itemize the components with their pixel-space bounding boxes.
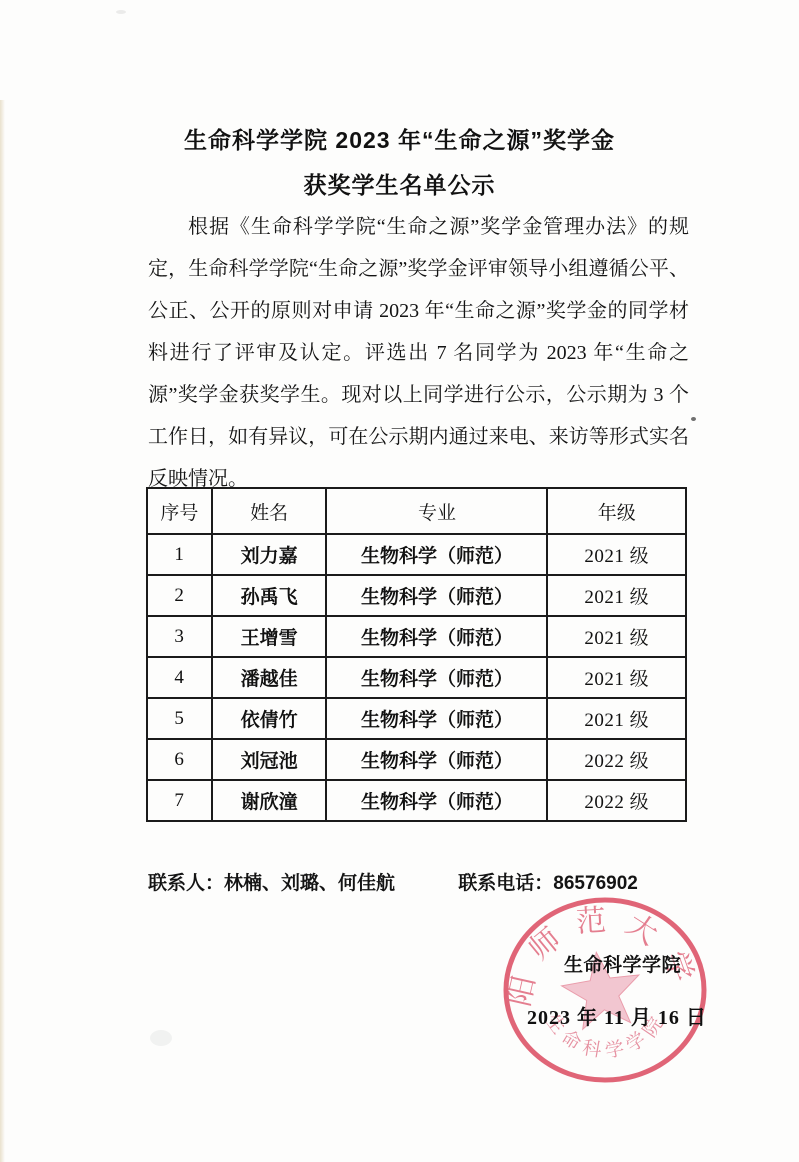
cell-name: 刘力嘉: [212, 534, 327, 575]
cell-seq: 4: [147, 657, 212, 698]
contact-line: 联系人：林楠、刘璐、何佳航 联系电话：86576902: [148, 868, 708, 895]
cell-seq: 2: [147, 575, 212, 616]
table-row: 2 孙禹飞 生物科学（师范） 2021 级: [147, 575, 686, 616]
cell-name: 刘冠池: [212, 739, 327, 780]
cell-name: 依倩竹: [212, 698, 327, 739]
table-row: 7 谢欣潼 生物科学（师范） 2022 级: [147, 780, 686, 821]
cell-major: 生物科学（师范）: [326, 616, 547, 657]
cell-major: 生物科学（师范）: [326, 739, 547, 780]
cell-seq: 6: [147, 739, 212, 780]
contact-phone: 联系电话：86576902: [458, 873, 638, 894]
scan-speck: [150, 1030, 172, 1046]
cell-seq: 5: [147, 698, 212, 739]
col-header-seq: 序号: [147, 488, 212, 534]
signature-organization: 生命科学学院: [564, 950, 681, 977]
cell-grade: 2021 级: [547, 575, 686, 616]
cell-seq: 3: [147, 616, 212, 657]
cell-name: 王增雪: [212, 616, 327, 657]
cell-name: 潘越佳: [212, 657, 327, 698]
cell-seq: 1: [147, 534, 212, 575]
table-header-row: 序号 姓名 专业 年级: [147, 488, 686, 534]
cell-grade: 2022 级: [547, 739, 686, 780]
cell-grade: 2021 级: [547, 657, 686, 698]
announcement-paragraph: 根据《生命科学学院“生命之源”奖学金管理办法》的规定，生命科学学院“生命之源”奖…: [148, 206, 689, 500]
cell-grade: 2021 级: [547, 616, 686, 657]
cell-major: 生物科学（师范）: [326, 657, 547, 698]
document-title-line1: 生命科学学院 2023 年“生命之源”奖学金: [0, 122, 799, 155]
cell-name: 谢欣潼: [212, 780, 327, 821]
scanned-document-page: 生命科学学院 2023 年“生命之源”奖学金 获奖学生名单公示 根据《生命科学学…: [0, 0, 799, 1162]
scan-speck: [116, 10, 126, 14]
table-row: 4 潘越佳 生物科学（师范） 2021 级: [147, 657, 686, 698]
scan-edge-artifact: [0, 100, 5, 1162]
cell-grade: 2022 级: [547, 780, 686, 821]
cell-name: 孙禹飞: [212, 575, 327, 616]
cell-grade: 2021 级: [547, 698, 686, 739]
cell-major: 生物科学（师范）: [326, 780, 547, 821]
table-row: 5 依倩竹 生物科学（师范） 2021 级: [147, 698, 686, 739]
col-header-major: 专业: [326, 488, 547, 534]
cell-major: 生物科学（师范）: [326, 575, 547, 616]
contact-persons: 联系人：林楠、刘璐、何佳航: [148, 873, 395, 894]
cell-grade: 2021 级: [547, 534, 686, 575]
table-row: 1 刘力嘉 生物科学（师范） 2021 级: [147, 534, 686, 575]
cell-major: 生物科学（师范）: [326, 534, 547, 575]
col-header-name: 姓名: [212, 488, 327, 534]
cell-major: 生物科学（师范）: [326, 698, 547, 739]
table-row: 6 刘冠池 生物科学（师范） 2022 级: [147, 739, 686, 780]
scan-speck: [691, 417, 696, 421]
cell-seq: 7: [147, 780, 212, 821]
col-header-grade: 年级: [547, 488, 686, 534]
awardees-table: 序号 姓名 专业 年级 1 刘力嘉 生物科学（师范） 2021 级 2 孙禹飞 …: [146, 487, 687, 822]
official-seal: 阳师范大学 生命科学学院: [501, 896, 709, 1086]
signature-date: 2023 年 11 月 16 日: [527, 1001, 707, 1030]
document-title-line2: 获奖学生名单公示: [0, 167, 799, 200]
table-row: 3 王增雪 生物科学（师范） 2021 级: [147, 616, 686, 657]
